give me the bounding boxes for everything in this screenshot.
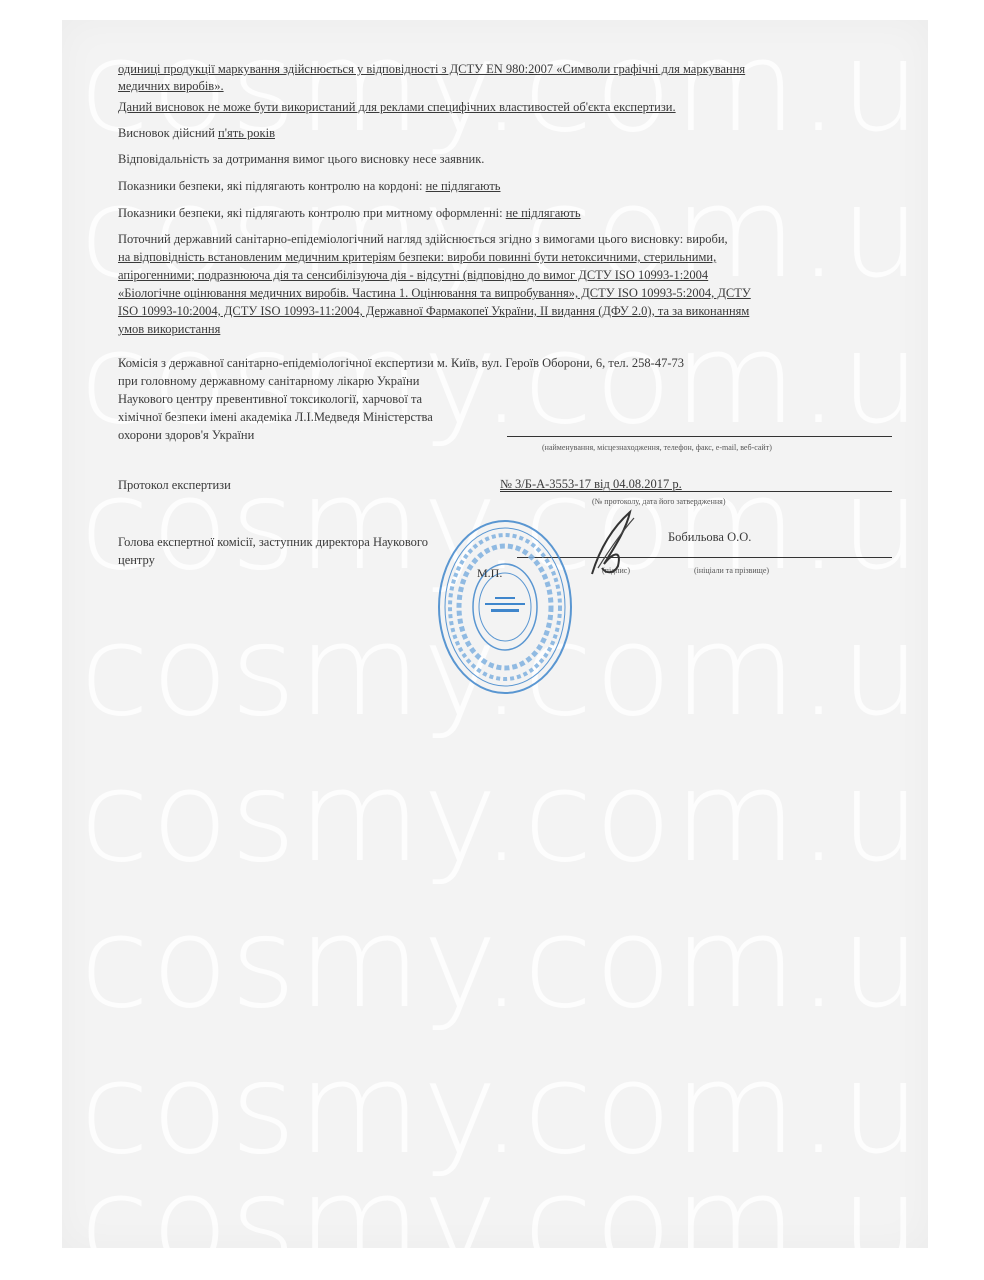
official-stamp-icon: М.П. <box>435 517 575 697</box>
validity-label: Висновок дійсний <box>118 126 218 140</box>
commission-line-3: хімічної безпеки імені академіка Л.І.Мед… <box>118 408 433 426</box>
signer-caption: (ініціали та прізвище) <box>694 562 769 580</box>
customs-control-value: не підлягають <box>506 206 581 220</box>
signature-icon <box>584 508 644 580</box>
contacts-caption: (найменування, місцезнаходження, телефон… <box>542 439 772 457</box>
contacts-rule <box>507 436 892 437</box>
head-title-line-1: Голова експертної комісії, заступник дир… <box>118 533 428 551</box>
marking-line-1: одиниці продукції маркування здійснюєтьс… <box>118 60 745 78</box>
responsibility-statement: Відповідальність за дотримання вимог цьо… <box>118 150 484 168</box>
signer-name: Бобильова О.О. <box>668 528 751 546</box>
border-control-label: Показники безпеки, які підлягають контро… <box>118 179 426 193</box>
commission-line-1: при головному державному санітарному лік… <box>118 372 419 390</box>
stamp-mark: М.П. <box>477 566 502 580</box>
commission-line-4: охорони здоров'я України <box>118 426 254 444</box>
commission-line-2: Наукового центру превентивної токсиколог… <box>118 390 422 408</box>
customs-control-label: Показники безпеки, які підлягають контро… <box>118 206 506 220</box>
commission-address: Комісія з державної санітарно-епідеміоло… <box>118 354 684 372</box>
supervision-line-5: ISO 10993-10:2004, ДСТУ ISO 10993-11:200… <box>118 302 749 320</box>
document-page: cosmy.com.ua cosmy.com.ua cosmy.com.ua c… <box>62 20 928 1248</box>
protocol-rule <box>500 491 892 492</box>
advertising-note: Даний висновок не може бути використаний… <box>118 98 676 116</box>
validity-statement: Висновок дійсний п'ять років <box>118 124 275 142</box>
marking-line-2: медичних виробів». <box>118 77 224 95</box>
supervision-line-2: на відповідність встановленим медичним к… <box>118 248 716 266</box>
supervision-line-4: «Біологічне оцінювання медичних виробів.… <box>118 284 751 302</box>
protocol-label: Протокол експертизи <box>118 476 231 494</box>
border-control-statement: Показники безпеки, які підлягають контро… <box>118 177 501 195</box>
supervision-line-6: умов використання <box>118 320 220 338</box>
supervision-line-3: апірогенними; подразнююча дія та сенсибі… <box>118 266 708 284</box>
customs-control-statement: Показники безпеки, які підлягають контро… <box>118 204 581 222</box>
validity-value: п'ять років <box>218 126 275 140</box>
supervision-line-1: Поточний державний санітарно-епідеміолог… <box>118 230 728 248</box>
head-title-line-2: центру <box>118 551 155 569</box>
border-control-value: не підлягають <box>426 179 501 193</box>
